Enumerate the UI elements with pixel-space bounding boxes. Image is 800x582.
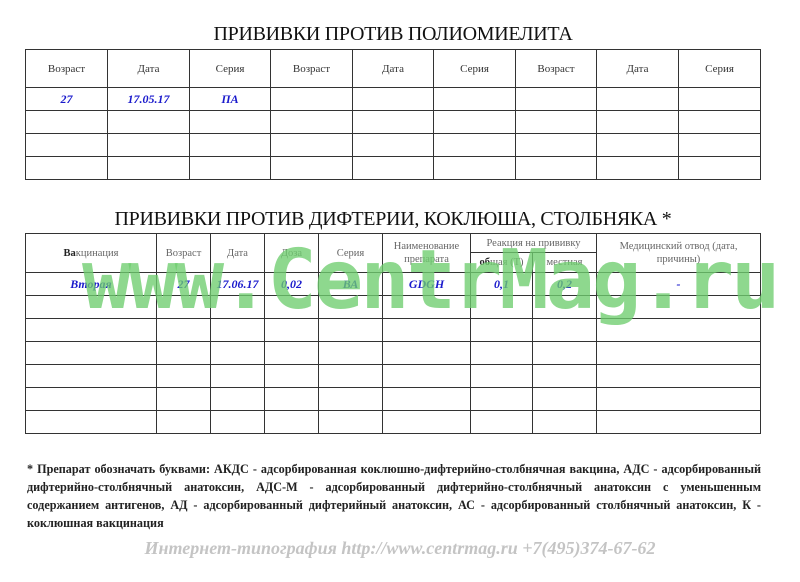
header-series: Серия bbox=[319, 234, 383, 273]
header-reaction-local: местная bbox=[533, 253, 597, 273]
dtp-cell[interactable] bbox=[265, 342, 319, 365]
polio-cell[interactable] bbox=[597, 111, 679, 134]
dtp-cell[interactable] bbox=[471, 388, 533, 411]
printer-imprint: Интернет-типография http://www.centrmag.… bbox=[0, 538, 800, 559]
header-age: Возраст bbox=[157, 234, 211, 273]
polio-header-row: ВозрастДатаСерияВозрастДатаСерияВозрастД… bbox=[26, 50, 761, 88]
polio-cell[interactable] bbox=[434, 111, 516, 134]
polio-cell[interactable] bbox=[26, 134, 108, 157]
dtp-cell[interactable] bbox=[211, 365, 265, 388]
dtp-cell[interactable] bbox=[319, 388, 383, 411]
polio-cell[interactable] bbox=[353, 88, 434, 111]
polio-cell[interactable] bbox=[353, 134, 434, 157]
table-row bbox=[26, 342, 761, 365]
polio-cell[interactable] bbox=[516, 157, 597, 180]
polio-header-cell: Возраст bbox=[516, 50, 597, 88]
footnote: * Препарат обозначать буквами: АКДС - ад… bbox=[27, 460, 761, 532]
header-reaction: Реакция на прививку bbox=[471, 234, 597, 253]
dtp-cell[interactable] bbox=[211, 411, 265, 434]
polio-header-cell: Серия bbox=[434, 50, 516, 88]
dtp-cell[interactable]: - bbox=[597, 273, 761, 296]
dtp-cell[interactable]: 17.06.17 bbox=[211, 273, 265, 296]
dtp-cell[interactable] bbox=[597, 365, 761, 388]
polio-cell[interactable] bbox=[271, 111, 353, 134]
dtp-cell[interactable] bbox=[597, 319, 761, 342]
dtp-header-row: Вакцинация Возраст Дата Доза Серия Наиме… bbox=[26, 234, 761, 253]
dtp-cell[interactable] bbox=[265, 411, 319, 434]
polio-header-cell: Серия bbox=[679, 50, 761, 88]
dtp-cell[interactable] bbox=[26, 388, 157, 411]
polio-cell[interactable] bbox=[434, 157, 516, 180]
polio-cell[interactable] bbox=[26, 111, 108, 134]
dtp-cell[interactable]: ВА bbox=[319, 273, 383, 296]
dtp-cell[interactable] bbox=[471, 296, 533, 319]
dtp-cell[interactable] bbox=[597, 342, 761, 365]
polio-cell[interactable] bbox=[108, 157, 190, 180]
dtp-cell[interactable]: 0,1 bbox=[471, 273, 533, 296]
polio-cell[interactable] bbox=[516, 134, 597, 157]
polio-cell[interactable] bbox=[108, 111, 190, 134]
dtp-cell[interactable] bbox=[533, 319, 597, 342]
dtp-cell[interactable] bbox=[533, 411, 597, 434]
dtp-cell[interactable] bbox=[597, 411, 761, 434]
dtp-cell[interactable]: 27 bbox=[157, 273, 211, 296]
dtp-cell[interactable] bbox=[26, 342, 157, 365]
dtp-cell[interactable] bbox=[383, 296, 471, 319]
dtp-section-title: ПРИВИВКИ ПРОТИВ ДИФТЕРИИ, КОКЛЮША, СТОЛБ… bbox=[0, 208, 786, 231]
dtp-cell[interactable] bbox=[471, 411, 533, 434]
dtp-cell[interactable]: Вторая bbox=[26, 273, 157, 296]
dtp-cell[interactable] bbox=[211, 388, 265, 411]
dtp-cell[interactable] bbox=[211, 296, 265, 319]
polio-header-cell: Серия bbox=[190, 50, 271, 88]
polio-cell[interactable] bbox=[597, 88, 679, 111]
table-row bbox=[26, 365, 761, 388]
dtp-cell[interactable] bbox=[319, 365, 383, 388]
polio-cell[interactable] bbox=[271, 134, 353, 157]
polio-cell[interactable] bbox=[679, 157, 761, 180]
polio-cell[interactable] bbox=[516, 88, 597, 111]
polio-cell[interactable] bbox=[679, 88, 761, 111]
table-row bbox=[26, 388, 761, 411]
dtp-cell[interactable] bbox=[157, 388, 211, 411]
dtp-cell[interactable] bbox=[211, 319, 265, 342]
polio-cell[interactable] bbox=[190, 134, 271, 157]
dtp-cell[interactable] bbox=[26, 411, 157, 434]
header-dose: Доза bbox=[265, 234, 319, 273]
dtp-cell[interactable] bbox=[471, 319, 533, 342]
header-medical-exemption: Медицинский отвод (дата, причины) bbox=[597, 234, 761, 273]
polio-header-cell: Дата bbox=[108, 50, 190, 88]
dtp-cell[interactable] bbox=[26, 296, 157, 319]
polio-cell[interactable] bbox=[190, 157, 271, 180]
table-row: Вторая2717.06.170,02ВАGDGH0,10,2- bbox=[26, 273, 761, 296]
polio-cell[interactable] bbox=[434, 134, 516, 157]
dtp-cell[interactable] bbox=[157, 296, 211, 319]
dtp-cell[interactable] bbox=[471, 342, 533, 365]
polio-cell[interactable] bbox=[353, 157, 434, 180]
header-vaccination-rest: кцинация bbox=[76, 248, 119, 259]
header-reaction-general: общая (Т) bbox=[471, 253, 533, 273]
dtp-cell[interactable] bbox=[265, 365, 319, 388]
polio-cell[interactable] bbox=[271, 88, 353, 111]
polio-header-cell: Дата bbox=[597, 50, 679, 88]
polio-cell[interactable] bbox=[679, 111, 761, 134]
table-row bbox=[26, 319, 761, 342]
dtp-cell[interactable] bbox=[383, 388, 471, 411]
header-reaction-general-rest: щая (Т) bbox=[490, 257, 524, 268]
dtp-cell[interactable] bbox=[157, 365, 211, 388]
dtp-cell[interactable] bbox=[383, 319, 471, 342]
dtp-cell[interactable] bbox=[319, 342, 383, 365]
dtp-cell[interactable] bbox=[157, 342, 211, 365]
polio-cell[interactable]: 17.05.17 bbox=[108, 88, 190, 111]
header-drug-name: Наименование препарата bbox=[383, 234, 471, 273]
polio-header-cell: Возраст bbox=[26, 50, 108, 88]
dtp-vaccination-table: Вакцинация Возраст Дата Доза Серия Наиме… bbox=[25, 233, 761, 434]
dtp-cell[interactable] bbox=[383, 342, 471, 365]
dtp-cell[interactable] bbox=[211, 342, 265, 365]
polio-cell[interactable] bbox=[271, 157, 353, 180]
dtp-cell[interactable] bbox=[471, 365, 533, 388]
table-row bbox=[26, 296, 761, 319]
polio-cell[interactable] bbox=[516, 111, 597, 134]
dtp-cell[interactable]: 0,2 bbox=[533, 273, 597, 296]
dtp-cell[interactable] bbox=[383, 365, 471, 388]
dtp-cell[interactable] bbox=[26, 365, 157, 388]
dtp-cell[interactable] bbox=[597, 296, 761, 319]
polio-cell[interactable] bbox=[108, 134, 190, 157]
polio-section-title: ПРИВИВКИ ПРОТИВ ПОЛИОМИЕЛИТА bbox=[0, 23, 786, 46]
polio-cell[interactable] bbox=[190, 111, 271, 134]
table-row bbox=[26, 111, 761, 134]
polio-vaccination-table: ВозрастДатаСерияВозрастДатаСерияВозрастД… bbox=[25, 49, 761, 180]
polio-header-cell: Возраст bbox=[271, 50, 353, 88]
dtp-cell[interactable] bbox=[265, 296, 319, 319]
dtp-cell[interactable] bbox=[533, 342, 597, 365]
dtp-cell[interactable] bbox=[597, 388, 761, 411]
polio-cell[interactable] bbox=[679, 134, 761, 157]
header-date: Дата bbox=[211, 234, 265, 273]
dtp-cell[interactable] bbox=[383, 411, 471, 434]
polio-cell[interactable] bbox=[353, 111, 434, 134]
polio-cell[interactable] bbox=[597, 134, 679, 157]
dtp-cell[interactable] bbox=[319, 411, 383, 434]
dtp-cell[interactable] bbox=[157, 411, 211, 434]
dtp-cell[interactable] bbox=[533, 365, 597, 388]
polio-cell[interactable]: 27 bbox=[26, 88, 108, 111]
polio-cell[interactable] bbox=[434, 88, 516, 111]
polio-cell[interactable]: ПА bbox=[190, 88, 271, 111]
dtp-cell[interactable]: 0,02 bbox=[265, 273, 319, 296]
header-vaccination: Вакцинация bbox=[26, 234, 157, 273]
polio-cell[interactable] bbox=[26, 157, 108, 180]
dtp-cell[interactable] bbox=[533, 388, 597, 411]
table-row bbox=[26, 134, 761, 157]
dtp-cell[interactable] bbox=[265, 319, 319, 342]
dtp-cell[interactable]: GDGH bbox=[383, 273, 471, 296]
dtp-cell[interactable] bbox=[533, 296, 597, 319]
dtp-cell[interactable] bbox=[26, 319, 157, 342]
dtp-cell[interactable] bbox=[157, 319, 211, 342]
dtp-cell[interactable] bbox=[319, 319, 383, 342]
dtp-cell[interactable] bbox=[265, 388, 319, 411]
polio-cell[interactable] bbox=[597, 157, 679, 180]
polio-header-cell: Дата bbox=[353, 50, 434, 88]
table-row bbox=[26, 411, 761, 434]
table-row bbox=[26, 157, 761, 180]
table-row: 2717.05.17ПА bbox=[26, 88, 761, 111]
dtp-cell[interactable] bbox=[319, 296, 383, 319]
